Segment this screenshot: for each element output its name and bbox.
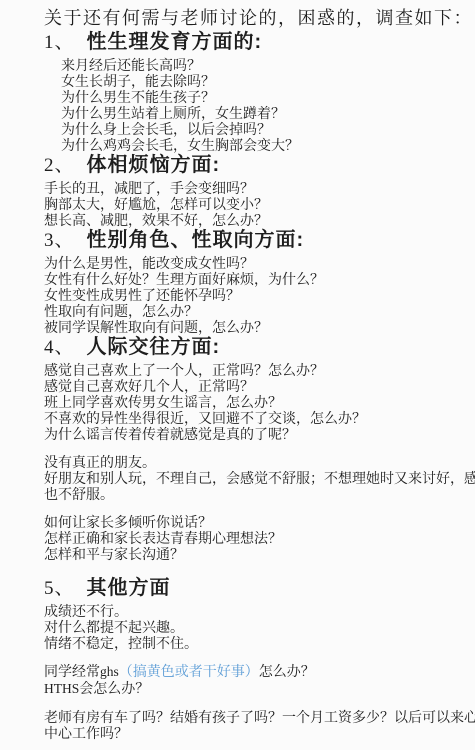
text-segment: HTHS [44,681,79,696]
text-segment: 女性变性成男性了还能怀孕吗？ [44,287,240,303]
text-line: 为什么男生站着上厕所，女生蹲着？ [44,105,475,121]
text-segment: 来月经后还能长高吗？ [61,57,201,73]
text-line: 好朋友和别人玩，不理自己，会感觉不舒服；不想理她时又来讨好，感觉 [44,470,475,486]
text-segment: 好朋友和别人玩，不理自己，会感觉不舒服；不想理她时又来讨好，感觉 [44,470,475,486]
highlighted-text: （搞黄色或者干好事） [119,663,259,679]
text-line: 如何让家长多倾听你说话？ [44,514,475,530]
text-segment: 手长的丑，减肥了，手会变细吗？ [44,180,254,196]
section-number: 5、 [44,578,75,599]
text-line: 想长高、减肥，效果不好，怎么办？ [44,212,475,228]
text-line: 为什么是男性，能改变成女性吗？ [44,255,475,271]
text-segment: 感觉自己喜欢上了一个人，正常吗？怎么办？ [44,362,324,378]
text-segment: 不喜欢的异性坐得很近，又回避不了交谈，怎么办？ [44,410,366,426]
text-line: 同学经常ghs（搞黄色或者干好事）怎么办？ [44,663,475,680]
text-line: 怎样和平与家长沟通？ [44,546,475,562]
text-segment: 老师有房有车了吗？结婚有孩子了吗？一个月工资多少？以后可以来心理 [44,709,475,725]
text-line: 被同学误解性取向有问题，怎么办？ [44,319,475,335]
section-label: 其他方面 [87,577,171,599]
text-segment: 会怎么办？ [79,680,149,696]
text-line: 为什么谣言传着传着就感觉是真的了呢？ [44,426,475,442]
section-number: 4、 [44,337,75,358]
text-line: 为什么鸡鸡会长毛，女生胸部会变大？ [44,137,475,153]
section-heading: 3、性别角色、性取向方面: [44,228,475,253]
section-label: 性生理发育方面的: [87,31,263,53]
text-line: 女性变性成男性了还能怀孕吗？ [44,287,475,303]
text-line: 为什么男生不能生孩子？ [44,89,475,105]
text-line: 女性有什么好处？生理方面好麻烦，为什么？ [44,271,475,287]
text-segment: 女生长胡子，能去除吗？ [61,73,215,89]
text-line: 胸部太大，好尴尬，怎样可以变小？ [44,196,475,212]
text-segment: 怎样正确和家长表达青春期心理想法？ [44,530,282,546]
text-line: 成绩还不行。 [44,603,475,619]
text-line: 也不舒服。 [44,486,475,502]
text-segment: 怎样和平与家长沟通？ [44,546,184,562]
text-segment: 为什么身上会长毛，以后会掉吗？ [61,121,271,137]
paragraph-gap [44,697,475,709]
section-heading: 1、性生理发育方面的: [44,30,475,55]
text-line: 中心工作吗？ [44,725,475,741]
text-segment: 为什么鸡鸡会长毛，女生胸部会变大？ [61,137,299,153]
text-line: 手长的丑，减肥了，手会变细吗？ [44,180,475,196]
text-segment: 为什么谣言传着传着就感觉是真的了呢？ [44,426,296,442]
document-page: 关于还有何需与老师讨论的，困惑的，调查如下： 1、性生理发育方面的:来月经后还能… [0,0,475,741]
text-line: 班上同学喜欢传男女生谣言，怎么办？ [44,394,475,410]
paragraph-gap [44,442,475,454]
text-segment: 成绩还不行。 [44,603,128,619]
text-segment: 胸部太大，好尴尬，怎样可以变小？ [44,196,268,212]
text-segment: 为什么是男性，能改变成女性吗？ [44,255,254,271]
section-label: 性别角色、性取向方面: [87,229,305,251]
text-segment: 想长高、减肥，效果不好，怎么办？ [44,212,268,228]
text-segment: 情绪不稳定，控制不住。 [44,635,198,651]
section-heading: 2、体相烦恼方面: [44,153,475,178]
text-line: HTHS会怎么办？ [44,680,475,697]
text-line: 来月经后还能长高吗？ [44,57,475,73]
section-number: 2、 [44,155,75,176]
text-segment: ghs [100,664,119,679]
section-heading: 5、其他方面 [44,576,475,601]
text-segment: 怎么办？ [259,663,315,679]
section-number: 1、 [44,32,75,53]
text-segment: 为什么男生站着上厕所，女生蹲着？ [61,105,285,121]
text-segment: 班上同学喜欢传男女生谣言，怎么办？ [44,394,282,410]
text-line: 不喜欢的异性坐得很近，又回避不了交谈，怎么办？ [44,410,475,426]
page-title: 关于还有何需与老师讨论的，困惑的，调查如下： [44,6,475,30]
text-line: 女生长胡子，能去除吗？ [44,73,475,89]
text-line: 情绪不稳定，控制不住。 [44,635,475,651]
text-segment: 女性有什么好处？生理方面好麻烦，为什么？ [44,271,324,287]
text-segment: 中心工作吗？ [44,725,128,741]
section-heading: 4、人际交往方面: [44,335,475,360]
text-line: 没有真正的朋友。 [44,454,475,470]
paragraph-gap [44,502,475,514]
text-line: 为什么身上会长毛，以后会掉吗？ [44,121,475,137]
text-segment: 感觉自己喜欢好几个人，正常吗？ [44,378,254,394]
text-segment: 对什么都提不起兴趣。 [44,619,184,635]
text-line: 老师有房有车了吗？结婚有孩子了吗？一个月工资多少？以后可以来心理 [44,709,475,725]
text-segment: 被同学误解性取向有问题，怎么办？ [44,319,268,335]
text-line: 感觉自己喜欢好几个人，正常吗？ [44,378,475,394]
text-line: 感觉自己喜欢上了一个人，正常吗？怎么办？ [44,362,475,378]
text-segment: 没有真正的朋友。 [44,454,156,470]
sections-container: 1、性生理发育方面的:来月经后还能长高吗？女生长胡子，能去除吗？为什么男生不能生… [44,30,475,741]
text-segment: 如何让家长多倾听你说话？ [44,514,212,530]
section-label: 人际交往方面: [87,336,221,358]
text-line: 性取向有问题，怎么办？ [44,303,475,319]
text-segment: 同学经常 [44,663,100,679]
paragraph-gap [44,651,475,663]
text-segment: 也不舒服。 [44,486,114,502]
section-number: 3、 [44,230,75,251]
text-segment: 性取向有问题，怎么办？ [44,303,198,319]
text-segment: 为什么男生不能生孩子？ [61,89,215,105]
section-label: 体相烦恼方面: [87,154,221,176]
text-line: 对什么都提不起兴趣。 [44,619,475,635]
text-line: 怎样正确和家长表达青春期心理想法？ [44,530,475,546]
